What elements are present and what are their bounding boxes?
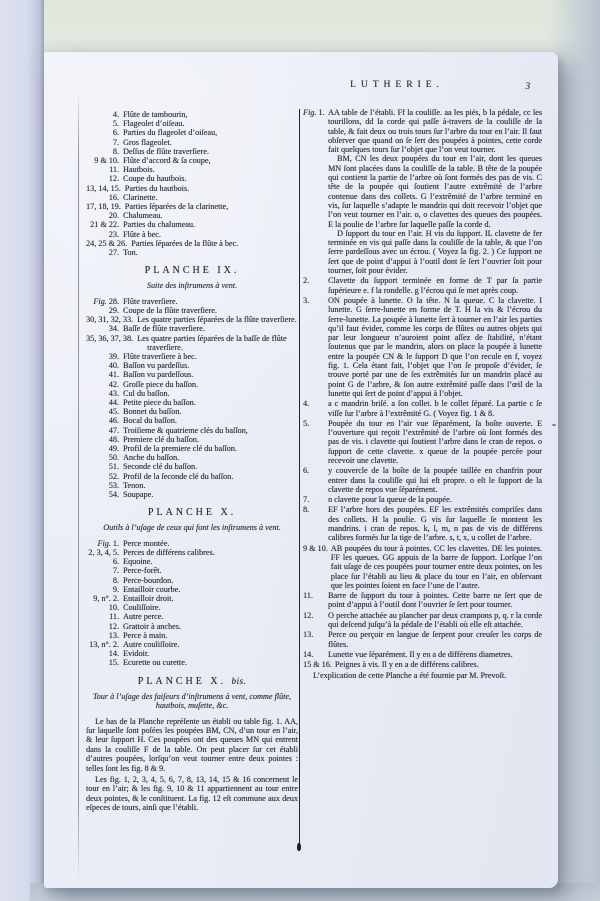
entry-text: Flageolet d’oiſeau. <box>123 119 298 128</box>
planche-x-bis-subtitle: Tour à l’uſage des faiſeurs d’inſtrumens… <box>90 692 294 711</box>
list-item: 47. Troiſieme & quatrieme clés du baſſon… <box>86 426 298 435</box>
list-item: 13. Perce à main. <box>86 631 298 640</box>
list-item: 40. Baſſon vu pardeſſus. <box>86 361 298 370</box>
entry-number: 47. <box>86 426 123 435</box>
list-item: 48. Premiere clé du baſſon. <box>86 435 298 444</box>
attribution-note: L’explication de cette Planche a été fou… <box>303 671 542 680</box>
entry-number: 46. <box>86 416 123 425</box>
entry-number: 6. <box>86 128 123 137</box>
entry-text: Tenon. <box>123 481 298 490</box>
figure-number: 11. <box>303 591 328 610</box>
figure-paragraph: Clavette du ſupport terminée en forme de… <box>328 276 542 295</box>
entry-number: 50. <box>86 453 123 462</box>
figure-paragraph: Lunette vue ſéparément. Il y en a de dif… <box>328 650 542 659</box>
figure-paragraph: Perce ou perçoir en langue de ſerpent po… <box>328 630 542 649</box>
entry-number: 13, n°. 2. <box>86 640 123 649</box>
figure-number: Fig.1. <box>303 108 328 275</box>
entry-text: Bonnet du baſſon. <box>123 407 298 416</box>
list-item: 16. Clarinette. <box>86 193 298 202</box>
figure-entry: 3. ON poupée à lunette. O la tête. N la … <box>303 296 542 398</box>
list-item: 11. Hautbois. <box>86 165 298 174</box>
list-item: 23. Flûte à bec. <box>86 230 298 239</box>
planche-x-heading: PLANCHE X. <box>86 507 298 518</box>
entry-number: 41. <box>86 370 123 379</box>
entry-number: 5. <box>86 119 123 128</box>
entry-text: Deſſus de flûte traverſiere. <box>123 147 298 156</box>
running-title: LUTHERIE. <box>336 80 458 90</box>
figure-description: Barre de ſupport du tour à pointes. Cett… <box>328 591 542 610</box>
figure-entry: 14. Lunette vue ſéparément. Il y en a de… <box>303 650 542 659</box>
figure-paragraph: n clavette pour la queue de la poupée. <box>328 495 542 504</box>
binding-crease <box>78 90 79 882</box>
planche-x-list: Fig.1. Perce montée. 2, 3, 4, 5. Perces … <box>86 539 298 668</box>
figure-number: 12. <box>303 611 328 630</box>
entry-text: Autre perce. <box>123 612 298 621</box>
planche-ix-heading: PLANCHE IX. <box>86 265 298 276</box>
figure-explanations: Fig.1. AA table de l’établi. Ff la couli… <box>303 108 542 670</box>
planche-x-bis-intro-paragraph: Les fig. 1, 2, 3, 4, 5, 6, 7, 8, 13, 14,… <box>86 775 298 813</box>
list-item: 46. Bocal du baſſon. <box>86 416 298 425</box>
entry-number: 8. <box>86 576 123 585</box>
list-item: Fig.28. Flûte traverſiere. <box>86 297 298 306</box>
entry-number: Fig.28. <box>86 297 123 306</box>
figure-paragraph: Peignes à vis. Il y en a de différens ca… <box>335 660 542 669</box>
list-item: 8. Perce-bourdon. <box>86 576 298 585</box>
entry-text: Coupe du hautbois. <box>123 174 298 183</box>
entry-text: Premiere clé du baſſon. <box>123 435 298 444</box>
figure-paragraph: y couvercle de la boîte de la poupée tai… <box>328 466 542 494</box>
entry-number: 54. <box>86 490 123 499</box>
entry-number: 9 & 10. <box>86 156 123 165</box>
entry-text: Cul du baſſon. <box>123 389 298 398</box>
list-item: 12. Coupe du hautbois. <box>86 174 298 183</box>
entry-number: 40. <box>86 361 123 370</box>
entry-text: Ecurette ou curette. <box>123 658 298 667</box>
figure-description: y couvercle de la boîte de la poupée tai… <box>328 466 542 494</box>
plate-viii-continued-list: 4. Flûte de tambourin, 5. Flageolet d’oi… <box>86 110 298 257</box>
planche-ix-list: Fig.28. Flûte traverſiere. 29. Coupe de … <box>86 297 298 499</box>
figure-number: 9 & 10. <box>303 544 331 590</box>
list-item: 9, n°. 2. Entailloir droit. <box>86 594 298 603</box>
entry-text: Evidoir. <box>123 649 298 658</box>
figure-paragraph: ON poupée à lunette. O la tête. N la que… <box>328 296 542 398</box>
entry-number: 17, 18, 19. <box>86 202 125 211</box>
entry-number: 8. <box>86 147 123 156</box>
figure-entry: 4. a c mandrin briſé. a ſon collet. b le… <box>303 399 542 418</box>
figure-paragraph: AA table de l’établi. Ff la couliſſe. aa… <box>328 108 542 154</box>
entry-number: 12. <box>86 622 123 631</box>
entry-text: Perce à main. <box>123 631 298 640</box>
entry-text: Couliſſoire. <box>123 603 298 612</box>
figure-description: a c mandrin briſé. a ſon collet. b le co… <box>328 399 542 418</box>
entry-text: Baſſe de flûte traverſiere. <box>123 324 298 333</box>
entry-number: 49. <box>86 444 123 453</box>
figure-description: Lunette vue ſéparément. Il y en a de dif… <box>328 650 542 659</box>
entry-number: 12. <box>86 174 123 183</box>
entry-text: Bocal du baſſon. <box>123 416 298 425</box>
entry-text: Perces de différens calibres. <box>123 548 298 557</box>
list-item: 12. Grattoir à anches. <box>86 622 298 631</box>
entry-number: 29. <box>86 306 123 315</box>
list-item: 54. Soupape. <box>86 490 298 499</box>
entry-text: Hautbois. <box>123 165 298 174</box>
entry-number: 45. <box>86 407 123 416</box>
list-item: 35, 36, 37, 38. Les quatre parties ſépar… <box>86 334 298 352</box>
figure-entry: 8. EF l’arbre hors des poupées. EF les e… <box>303 505 542 542</box>
column-divider-rule <box>299 109 301 846</box>
entry-text: Ton. <box>123 248 298 257</box>
figure-paragraph: O perche attachée au plancher par deux c… <box>328 611 542 630</box>
figure-entry: 6. y couvercle de la boîte de la poupée … <box>303 466 542 494</box>
entry-number: 13, 14, 15. <box>86 184 125 193</box>
ink-speck <box>552 424 556 426</box>
figure-entry: 7. n clavette pour la queue de la poupée… <box>303 495 542 504</box>
entry-number: 9, n°. 2. <box>86 594 123 603</box>
entry-text: Les quatre parties ſéparées de la baſſe … <box>137 334 298 352</box>
entry-text: Seconde clé du baſſon. <box>123 462 298 471</box>
list-item: 9. Entailloir courbe. <box>86 585 298 594</box>
entry-text: Parties ſéparées de la clarinette, <box>125 202 298 211</box>
list-item: 11. Autre perce. <box>86 612 298 621</box>
entry-number: 11. <box>86 165 123 174</box>
entry-number: 43. <box>86 389 123 398</box>
entry-text: Autre couliſſoire. <box>123 640 298 649</box>
figure-description: O perche attachée au plancher par deux c… <box>328 611 542 630</box>
figure-entry: Fig.1. AA table de l’établi. Ff la couli… <box>303 108 542 275</box>
figure-description: Clavette du ſupport terminée en forme de… <box>328 276 542 295</box>
entry-number: 44. <box>86 398 123 407</box>
entry-number: 48. <box>86 435 123 444</box>
list-item: 7. Perce-forêt. <box>86 566 298 575</box>
figure-number: 3. <box>303 296 328 398</box>
entry-number: 23. <box>86 230 123 239</box>
figure-paragraph: AB poupées du tour à pointes. CC les cla… <box>331 544 542 590</box>
figure-number: 14. <box>303 650 328 659</box>
entry-text: Clarinette. <box>123 193 298 202</box>
figure-paragraph: BM, CN les deux poupées du tour en l’air… <box>328 154 542 228</box>
entry-text: Coupe de la flûte traverſiere. <box>123 306 298 315</box>
figure-number: 8. <box>303 505 328 542</box>
list-item: 42. Groſſe piece du baſſon. <box>86 380 298 389</box>
figure-entry: 9 & 10. AB poupées du tour à pointes. CC… <box>303 544 542 590</box>
entry-text: Flûte à bec. <box>123 230 298 239</box>
entry-text: Perce-forêt. <box>123 566 298 575</box>
entry-text: Petite piece du baſſon. <box>123 398 298 407</box>
entry-number: 35, 36, 37, 38. <box>86 334 137 352</box>
figure-number: 2. <box>303 276 328 295</box>
entry-number: 7. <box>86 138 123 147</box>
entry-number: Fig.1. <box>86 539 123 548</box>
entry-text: Perce-bourdon. <box>123 576 298 585</box>
entry-number: 21 & 22. <box>86 220 123 229</box>
figure-number: 15 & 16. <box>303 660 335 669</box>
figure-description: n clavette pour la queue de la poupée. <box>328 495 542 504</box>
list-item: 15. Ecurette ou curette. <box>86 658 298 667</box>
list-item: 50. Anche du baſſon. <box>86 453 298 462</box>
entry-text: Profil de la ſeconde clé du baſſon. <box>123 472 298 481</box>
figure-number: 6. <box>303 466 328 494</box>
list-item: 30, 31, 32, 33. Les quatre parties ſépar… <box>86 315 298 324</box>
page-header: LUTHERIE. 3 <box>44 80 558 94</box>
figure-paragraph: a c mandrin briſé. a ſon collet. b le co… <box>328 399 542 418</box>
left-column: 4. Flûte de tambourin, 5. Flageolet d’oi… <box>86 110 298 813</box>
right-column: Fig.1. AA table de l’établi. Ff la couli… <box>303 108 542 680</box>
entry-text: Equoine. <box>123 557 298 566</box>
figure-paragraph: Poupée du tour en l’air vue ſéparément, … <box>328 419 542 465</box>
entry-number: 27. <box>86 248 123 257</box>
list-item: 17, 18, 19. Parties ſéparées de la clari… <box>86 202 298 211</box>
entry-number: 6. <box>86 557 123 566</box>
entry-number: 13. <box>86 631 123 640</box>
entry-number: 42. <box>86 380 123 389</box>
entry-text: Entailloir courbe. <box>123 585 298 594</box>
list-item: 53. Tenon. <box>86 481 298 490</box>
list-item: 2, 3, 4, 5. Perces de différens calibres… <box>86 548 298 557</box>
entry-number: 9. <box>86 585 123 594</box>
entry-text: Perce montée. <box>123 539 298 548</box>
list-item: 41. Baſſon vu pardeſſous. <box>86 370 298 379</box>
entry-text: Parties du hautbois. <box>125 184 298 193</box>
entry-number: 52. <box>86 472 123 481</box>
planche-x-bis-intro-paragraph: Le bas de la Planche repréſente un établ… <box>86 717 298 773</box>
entry-number: 53. <box>86 481 123 490</box>
list-item: 13, n°. 2. Autre couliſſoire. <box>86 640 298 649</box>
entry-text: Les quatre parties ſéparées de la flûte … <box>137 315 298 324</box>
entry-text: Entailloir droit. <box>123 594 298 603</box>
list-item: 7. Gros flageolet. <box>86 138 298 147</box>
entry-text: Soupape. <box>123 490 298 499</box>
list-item: 20. Chalumeau. <box>86 211 298 220</box>
figure-description: ON poupée à lunette. O la tête. N la que… <box>328 296 542 398</box>
figure-number: 13. <box>303 630 328 649</box>
list-item: 34. Baſſe de flûte traverſiere. <box>86 324 298 333</box>
list-item: Fig.1. Perce montée. <box>86 539 298 548</box>
figure-description: Peignes à vis. Il y en a de différens ca… <box>335 660 542 669</box>
list-item: 39. Flûte traverſiere à bec. <box>86 352 298 361</box>
page-number: 3 <box>526 81 531 91</box>
entry-number: 4. <box>86 110 123 119</box>
entry-text: Flûte traverſiere à bec. <box>123 352 298 361</box>
facing-page-edge <box>0 0 44 901</box>
entry-number: 24, 25 & 26. <box>86 239 131 248</box>
list-item: 6. Parties du flageolet d’oiſeau, <box>86 128 298 137</box>
list-item: 24, 25 & 26. Parties ſéparées de la flût… <box>86 239 298 248</box>
figure-entry: 2. Clavette du ſupport terminée en forme… <box>303 276 542 295</box>
entry-number: 39. <box>86 352 123 361</box>
list-item: 6. Equoine. <box>86 557 298 566</box>
list-item: 44. Petite piece du baſſon. <box>86 398 298 407</box>
figure-description: Perce ou perçoir en langue de ſerpent po… <box>328 630 542 649</box>
entry-text: Parties ſéparées de la flûte à bec. <box>131 239 298 248</box>
entry-number: 20. <box>86 211 123 220</box>
entry-text: Troiſieme & quatrieme clés du baſſon, <box>123 426 298 435</box>
entry-text: Flûte traverſiere. <box>123 297 298 306</box>
figure-entry: 5. Poupée du tour en l’air vue ſéparémen… <box>303 419 542 465</box>
entry-number: 2, 3, 4, 5. <box>86 548 123 557</box>
entry-number: 14. <box>86 649 123 658</box>
list-item: 10. Couliſſoire. <box>86 603 298 612</box>
entry-text: Flûte d’accord & ſa coupe, <box>123 156 298 165</box>
entry-number: 11. <box>86 612 123 621</box>
list-item: 8. Deſſus de flûte traverſiere. <box>86 147 298 156</box>
entry-text: Chalumeau. <box>123 211 298 220</box>
entry-number: 30, 31, 32, 33. <box>86 315 137 324</box>
figure-entry: 13. Perce ou perçoir en langue de ſerpen… <box>303 630 542 649</box>
list-item: 21 & 22. Parties du chalumeau. <box>86 220 298 229</box>
entry-number: 34. <box>86 324 123 333</box>
entry-number: 16. <box>86 193 123 202</box>
entry-text: Parties du chalumeau. <box>123 220 298 229</box>
planche-ix-subtitle: Suite des inſtrumens à vent. <box>90 281 294 291</box>
figure-entry: 12. O perche attachée au plancher par de… <box>303 611 542 630</box>
list-item: 51. Seconde clé du baſſon. <box>86 462 298 471</box>
figure-description: AA table de l’établi. Ff la couliſſe. aa… <box>328 108 542 275</box>
entry-text: Profil de la premiere clé du baſſon. <box>123 444 298 453</box>
figure-paragraph: D ſupport du tour en l’air. H vis du ſup… <box>328 229 542 275</box>
figure-number: 7. <box>303 495 328 504</box>
list-item: 43. Cul du baſſon. <box>86 389 298 398</box>
entry-text: Baſſon vu pardeſſous. <box>123 370 298 379</box>
entry-text: Gros flageolet. <box>123 138 298 147</box>
figure-description: AB poupées du tour à pointes. CC les cla… <box>331 544 542 590</box>
entry-text: Flûte de tambourin, <box>123 110 298 119</box>
entry-text: Baſſon vu pardeſſus. <box>123 361 298 370</box>
list-item: 5. Flageolet d’oiſeau. <box>86 119 298 128</box>
list-item: 14. Evidoir. <box>86 649 298 658</box>
entry-number: 15. <box>86 658 123 667</box>
list-item: 49. Profil de la premiere clé du baſſon. <box>86 444 298 453</box>
figure-number: 5. <box>303 419 328 465</box>
entry-text: Parties du flageolet d’oiſeau, <box>123 128 298 137</box>
entry-text: Anche du baſſon. <box>123 453 298 462</box>
list-item: 45. Bonnet du baſſon. <box>86 407 298 416</box>
figure-paragraph: Barre de ſupport du tour à pointes. Cett… <box>328 591 542 610</box>
planche-x-bis-heading: PLANCHE X. bis. <box>86 676 298 687</box>
entry-number: 10. <box>86 603 123 612</box>
book-page: LUTHERIE. 3 4. Flûte de tambourin, 5. Fl… <box>44 52 558 888</box>
figure-entry: 11. Barre de ſupport du tour à pointes. … <box>303 591 542 610</box>
entry-text: Groſſe piece du baſſon. <box>123 380 298 389</box>
list-item: 29. Coupe de la flûte traverſiere. <box>86 306 298 315</box>
entry-number: 7. <box>86 566 123 575</box>
list-item: 4. Flûte de tambourin, <box>86 110 298 119</box>
list-item: 52. Profil de la ſeconde clé du baſſon. <box>86 472 298 481</box>
list-item: 9 & 10. Flûte d’accord & ſa coupe, <box>86 156 298 165</box>
figure-paragraph: EF l’arbre hors des poupées. EF les extr… <box>328 505 542 542</box>
list-item: 27. Ton. <box>86 248 298 257</box>
figure-number: 4. <box>303 399 328 418</box>
entry-text: Grattoir à anches. <box>123 622 298 631</box>
list-item: 13, 14, 15. Parties du hautbois. <box>86 184 298 193</box>
figure-entry: 15 & 16. Peignes à vis. Il y en a de dif… <box>303 660 542 669</box>
planche-x-subtitle: Outils à l’uſage de ceux qui font les in… <box>90 523 294 533</box>
figure-description: Poupée du tour en l’air vue ſéparément, … <box>328 419 542 465</box>
figure-description: EF l’arbre hors des poupées. EF les extr… <box>328 505 542 542</box>
entry-number: 51. <box>86 462 123 471</box>
